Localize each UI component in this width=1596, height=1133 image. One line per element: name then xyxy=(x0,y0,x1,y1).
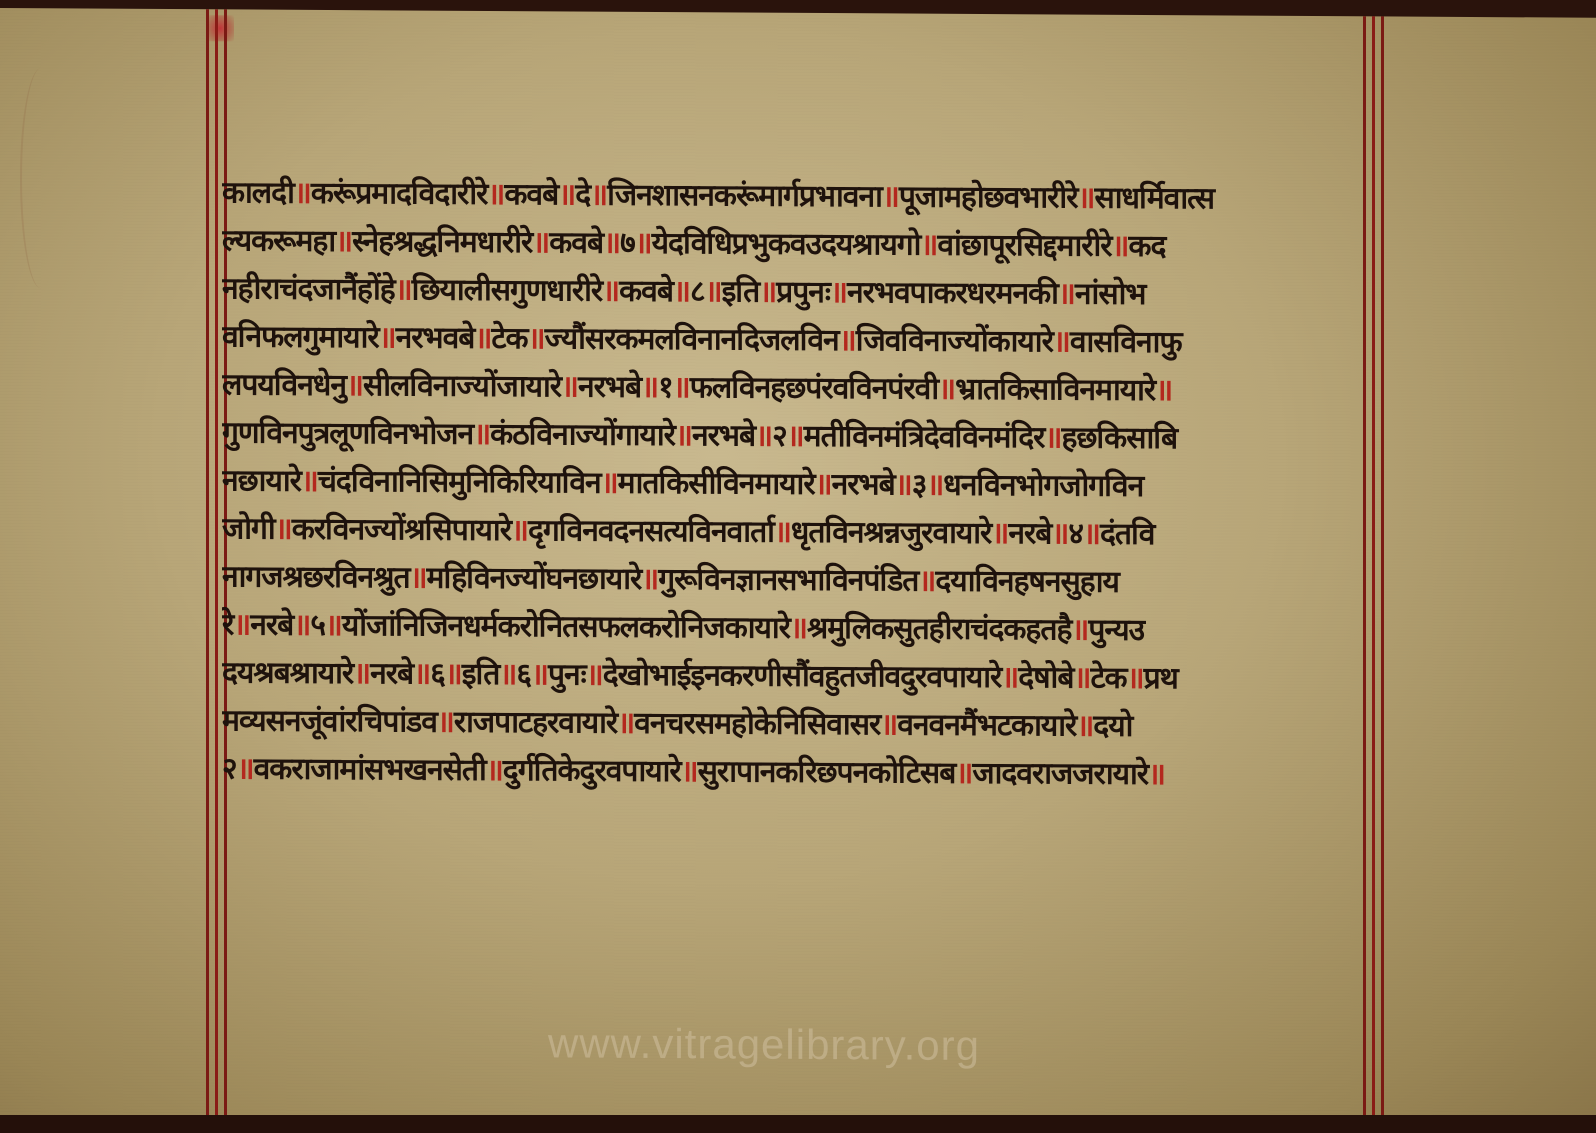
text-line-6: गुणविनपुत्रलूणविनभोजन॥कंठविनाज्योंगायारे… xyxy=(222,409,1370,464)
watermark: www.vitragelibrary.org xyxy=(548,1019,980,1070)
danda-mark: ॥ xyxy=(1001,660,1018,695)
danda-mark: ॥ xyxy=(955,756,972,791)
danda-mark: ॥ xyxy=(755,419,772,454)
danda-mark: ॥ xyxy=(1051,516,1068,551)
danda-mark: ॥ xyxy=(1112,229,1129,264)
danda-mark: ॥ xyxy=(603,226,620,261)
danda-mark: ॥ xyxy=(1071,613,1088,648)
danda-mark: ॥ xyxy=(275,512,292,547)
danda-mark: ॥ xyxy=(882,179,899,214)
danda-mark: ॥ xyxy=(511,513,528,548)
manuscript-photo: कालदी॥करूंप्रमादविदारीरे॥कवबे॥दे॥जिनशासन… xyxy=(0,0,1596,1133)
danda-mark: ॥ xyxy=(830,275,847,310)
danda-mark: ॥ xyxy=(437,705,454,740)
text-line-4: वनिफलगुमायारे॥नरभवबे॥टेक॥ज्यौंसरकमलविनान… xyxy=(222,313,1370,368)
danda-mark: ॥ xyxy=(561,369,578,404)
danda-mark: ॥ xyxy=(880,707,897,742)
danda-mark: ॥ xyxy=(1044,420,1061,455)
danda-mark: ॥ xyxy=(673,274,690,309)
danda-mark: ॥ xyxy=(601,466,618,501)
danda-mark: ॥ xyxy=(353,656,370,691)
danda-mark: ॥ xyxy=(839,323,856,358)
danda-mark: ॥ xyxy=(586,658,603,693)
text-line-1: कालदी॥करूंप्रमादविदारीरे॥कवबे॥दे॥जिनशासन… xyxy=(222,169,1370,224)
danda-mark: ॥ xyxy=(346,368,363,403)
danda-mark: ॥ xyxy=(558,177,575,212)
text-line-9: नागजश्रछरविनश्रुत॥महिविनज्योंघनछायारे॥गु… xyxy=(222,553,1370,608)
text-line-5: लपयविनधेनु॥सीलविनाज्योंजायारे॥नरभबे॥१॥फल… xyxy=(222,361,1370,416)
danda-mark: ॥ xyxy=(531,657,548,692)
danda-mark: ॥ xyxy=(487,177,504,212)
danda-mark: ॥ xyxy=(1083,517,1100,552)
danda-mark: ॥ xyxy=(920,228,937,263)
danda-mark: ॥ xyxy=(641,370,658,405)
rule-line xyxy=(215,9,218,1119)
danda-mark: ॥ xyxy=(413,657,430,692)
text-line-2: ल्यकरूमहा॥स्नेहश्रद्धनिमधारीरे॥कवबे॥७॥ये… xyxy=(222,217,1370,272)
text-line-10: रे॥नरबे॥५॥योंजांनिजिनधर्मकरोनितसफलकरोनिज… xyxy=(222,601,1370,656)
danda-mark: ॥ xyxy=(617,706,634,741)
danda-mark: ॥ xyxy=(395,272,412,307)
danda-mark: ॥ xyxy=(294,176,311,211)
danda-mark: ॥ xyxy=(1076,709,1093,744)
danda-mark: ॥ xyxy=(895,467,912,502)
danda-mark: ॥ xyxy=(293,608,310,643)
danda-mark: ॥ xyxy=(301,464,318,499)
danda-mark: ॥ xyxy=(790,611,807,646)
danda-mark: ॥ xyxy=(675,418,692,453)
danda-mark: ॥ xyxy=(528,321,545,356)
danda-mark: ॥ xyxy=(602,274,619,309)
manuscript-leaf: कालदी॥करूंप्रमादविदारीरे॥कवबे॥दे॥जिनशासन… xyxy=(0,8,1596,1128)
danda-mark: ॥ xyxy=(918,564,935,599)
danda-mark: ॥ xyxy=(499,657,516,692)
danda-mark: ॥ xyxy=(237,751,254,786)
paper-stain xyxy=(20,68,62,288)
text-line-7: नछायारे॥चंदविनानिसिमुनिकिरियाविन॥मातकिसी… xyxy=(222,457,1370,512)
danda-mark: ॥ xyxy=(705,274,722,309)
danda-mark: ॥ xyxy=(1155,373,1172,408)
danda-mark: ॥ xyxy=(473,417,490,452)
background-edge xyxy=(0,1115,1596,1133)
text-line-11: दयश्रबश्रायारे॥नरबे॥६॥इति॥६॥पुनः॥देखोभाई… xyxy=(222,649,1370,704)
danda-mark: ॥ xyxy=(1077,181,1094,216)
danda-mark: ॥ xyxy=(532,225,549,260)
danda-mark: ॥ xyxy=(486,753,503,788)
danda-mark: ॥ xyxy=(673,370,690,405)
rule-line xyxy=(1381,16,1384,1126)
rule-line xyxy=(206,9,209,1119)
danda-mark: ॥ xyxy=(379,320,396,355)
danda-mark: ॥ xyxy=(335,224,352,259)
text-line-13: २॥वकराजामांसभखनसेती॥दुर्गतिकेदुरवपायारे॥… xyxy=(222,745,1370,800)
danda-mark: ॥ xyxy=(759,275,776,310)
danda-mark: ॥ xyxy=(641,562,658,597)
danda-mark: ॥ xyxy=(474,321,491,356)
danda-mark: ॥ xyxy=(1127,661,1144,696)
danda-mark: ॥ xyxy=(1053,324,1070,359)
danda-mark: ॥ xyxy=(1148,757,1165,792)
danda-mark: ॥ xyxy=(325,608,342,643)
text-line-3: नहीराचंदजानैंहोंहे॥छियालीसगुणधारीरे॥कवबे… xyxy=(222,265,1370,320)
danda-mark: ॥ xyxy=(635,226,652,261)
danda-mark: ॥ xyxy=(1073,661,1090,696)
danda-mark: ॥ xyxy=(233,607,250,642)
danda-mark: ॥ xyxy=(991,516,1008,551)
danda-mark: ॥ xyxy=(938,372,955,407)
danda-mark: ॥ xyxy=(681,754,698,789)
danda-mark: ॥ xyxy=(926,468,943,503)
danda-mark: ॥ xyxy=(774,515,791,550)
danda-mark: ॥ xyxy=(445,657,462,692)
danda-mark: ॥ xyxy=(815,467,832,502)
danda-mark: ॥ xyxy=(410,561,427,596)
manuscript-text: कालदी॥करूंप्रमादविदारीरे॥कवबे॥दे॥जिनशासन… xyxy=(222,169,1370,800)
danda-mark: ॥ xyxy=(590,178,607,213)
text-line-12: मव्यसनजूंवांरचिपांडव॥राजपाटहरवायारे॥वनचर… xyxy=(222,697,1370,752)
danda-mark: ॥ xyxy=(787,419,804,454)
danda-mark: ॥ xyxy=(1058,276,1075,311)
text-line-8: जोगी॥करविनज्योंश्रसिपायारे॥दृगविनवदनसत्य… xyxy=(222,505,1370,560)
rule-line xyxy=(1372,16,1375,1126)
